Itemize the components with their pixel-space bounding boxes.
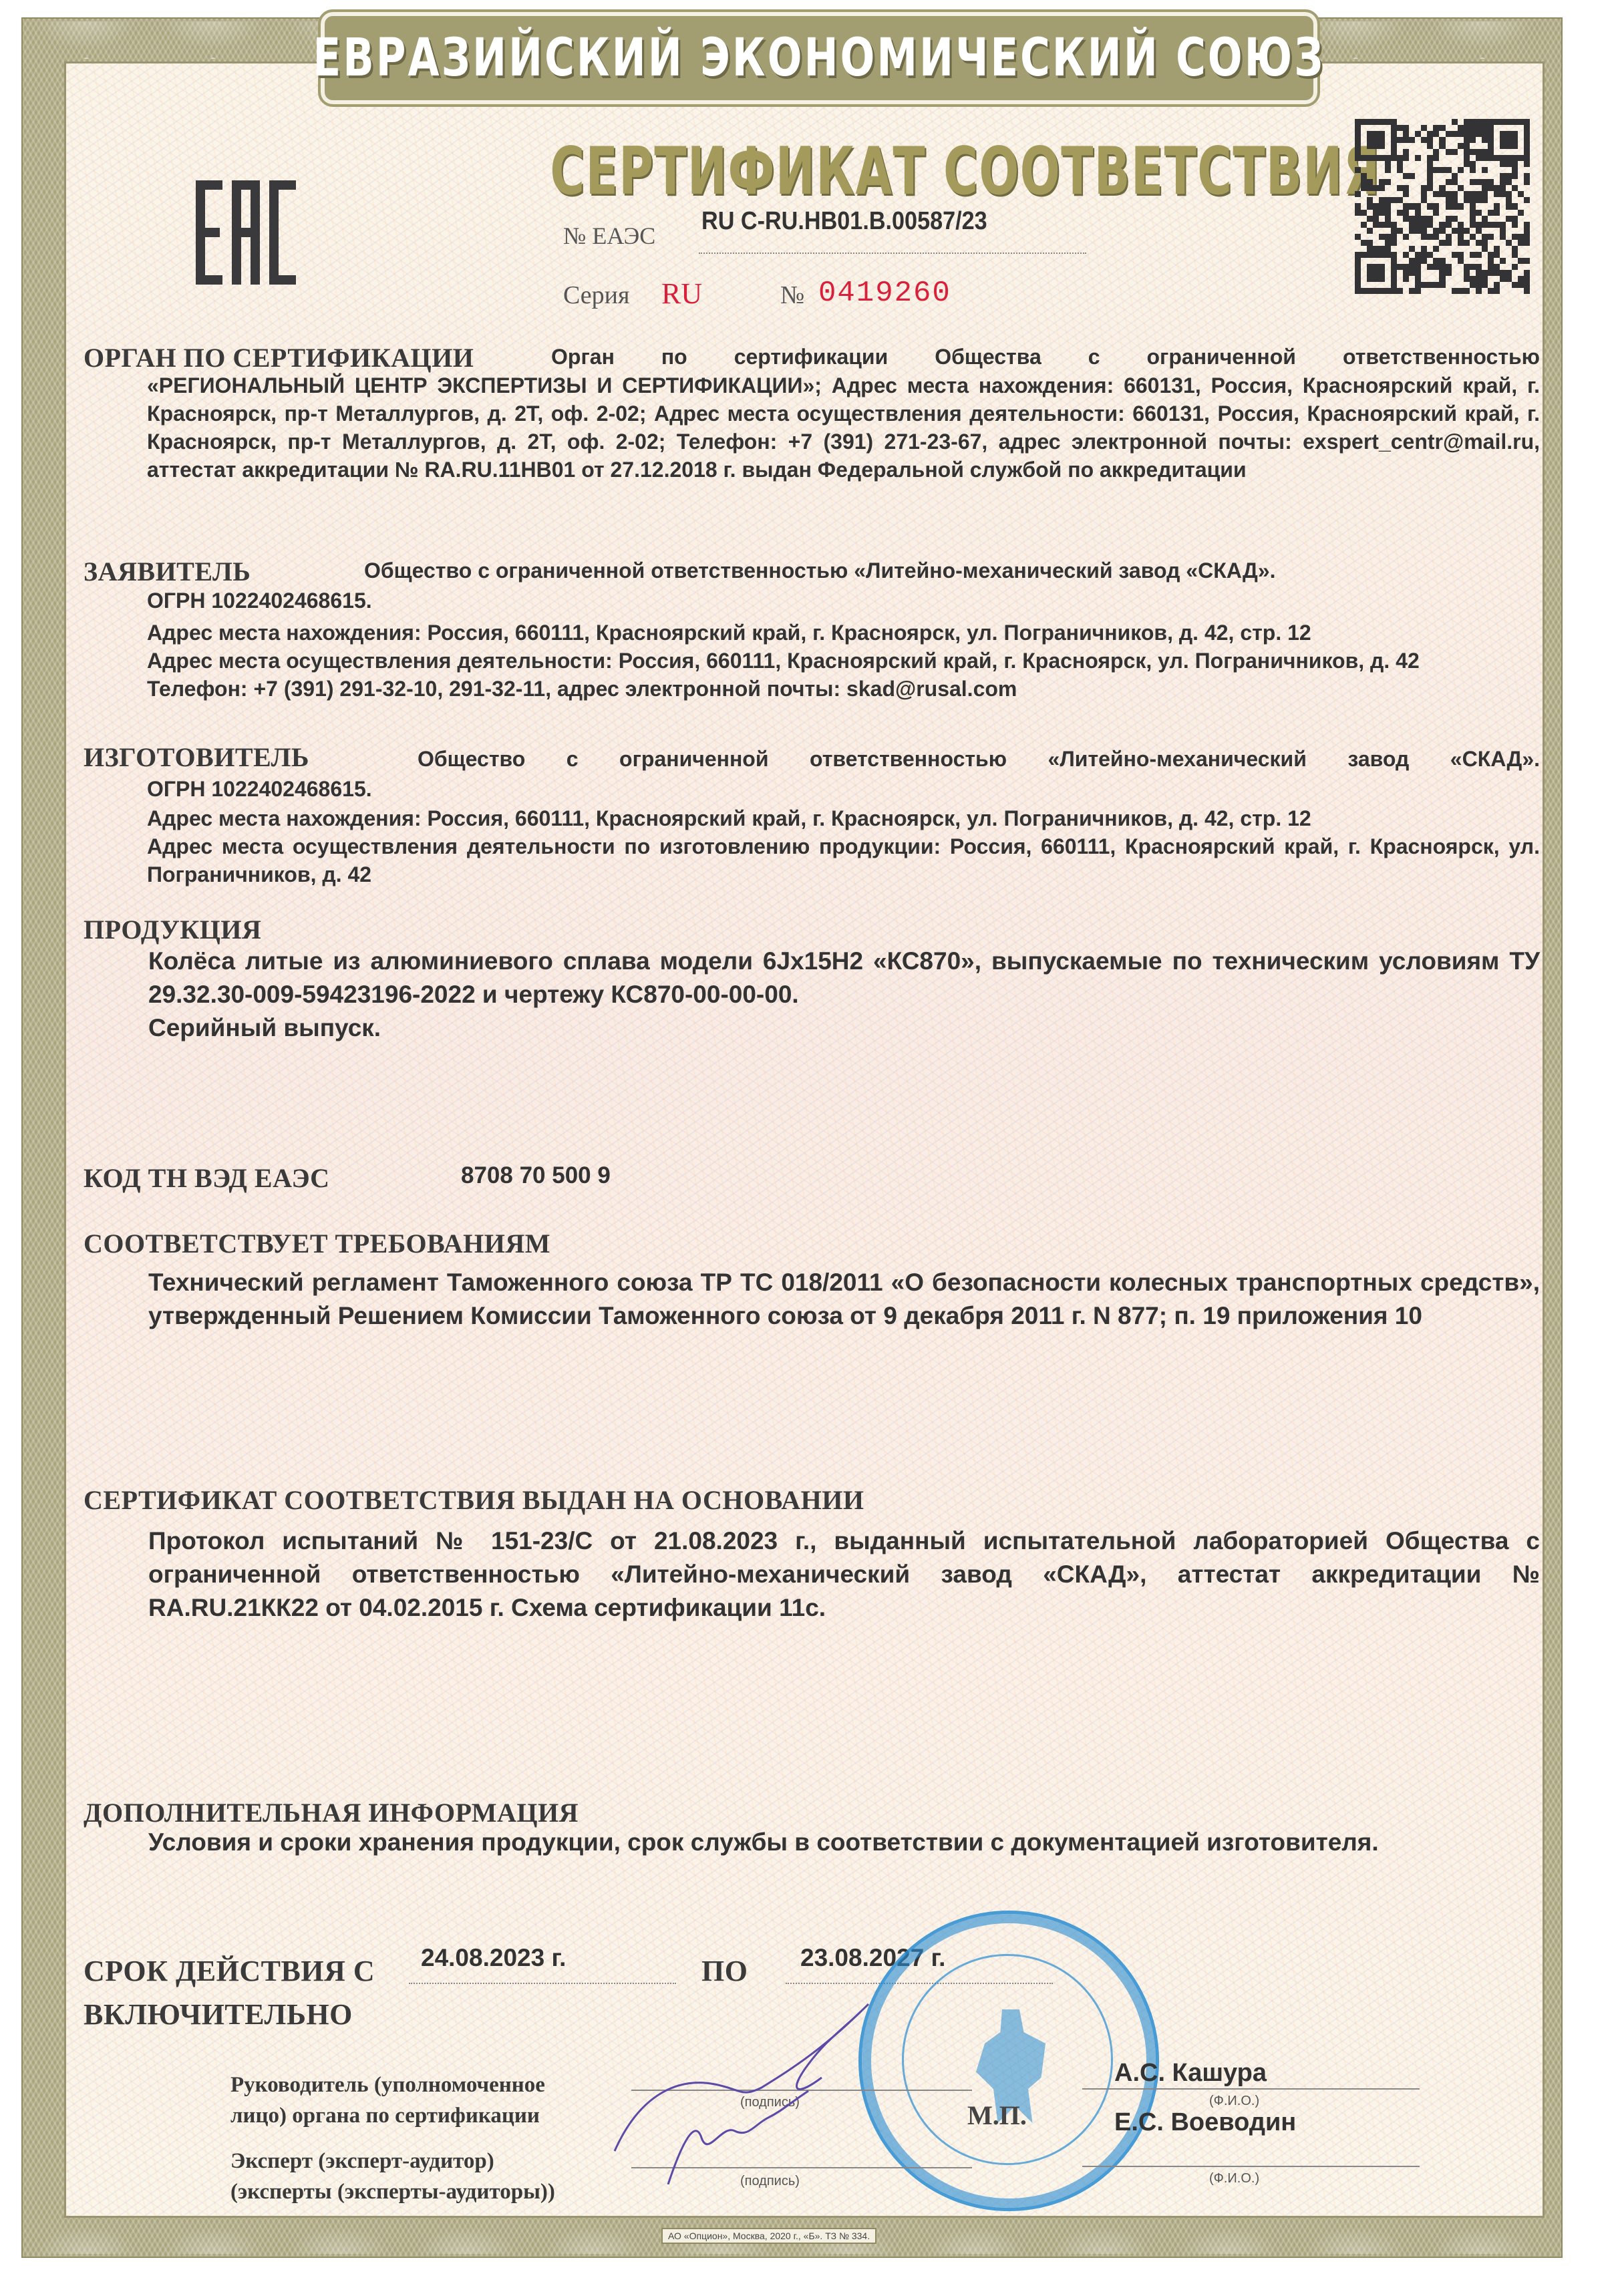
applicant-heading: ЗАЯВИТЕЛЬ [84,556,251,587]
applicant-name: Общество с ограниченной ответственностью… [364,558,1276,583]
applicant-details: ОГРН 1022402468615. Адрес места нахожден… [147,587,1540,703]
eaes-number: RU C-RU.НВ01.В.00587/23 [701,207,987,236]
printer-imprint: АО «Опцион», Москва, 2020 г., «Б». ТЗ № … [661,2228,876,2244]
manufacturer-address: Адрес места нахождения: Россия, 660111, … [147,804,1540,832]
expert-signatory-name: Е.С. Воеводин [1114,2108,1296,2137]
head-signatory-name: А.С. Кашура [1114,2059,1267,2088]
expert-signatory-label-line2: (эксперты (эксперты-аудиторы)) [230,2176,555,2207]
series-label: Серия [563,281,630,310]
eaes-number-underline [699,253,1086,254]
additional-info-text: Условия и сроки хранения продукции, срок… [148,1826,1540,1859]
manufacturer-heading: ИЗГОТОВИТЕЛЬ [84,742,309,773]
validity-from-label: СРОК ДЕЙСТВИЯ С [84,1954,375,1988]
basis-details: Протокол испытаний № 151-23/С от 21.08.2… [148,1524,1540,1625]
expert-signatory-label: Эксперт (эксперт-аудитор) (эксперты (экс… [230,2146,555,2207]
eaes-number-label: № ЕАЭС [563,222,655,250]
manufacturer-production-address: Адрес места осуществления деятельности п… [147,832,1540,888]
applicant-ogrn: ОГРН 1022402468615. [147,587,1540,615]
series-value: RU [661,277,702,311]
certification-body-first-line: Орган по сертификации Общества с огранич… [551,345,1540,369]
hs-code-heading: КОД ТН ВЭД ЕАЭС [84,1162,330,1194]
union-banner: ЕВРАЗИЙСКИЙ ЭКОНОМИЧЕСКИЙ СОЮЗ [318,9,1320,107]
document-title: СЕРТИФИКАТ СООТВЕТСТВИЯ [550,134,1084,210]
requirements-heading: СООТВЕТСТВУЕТ ТРЕБОВАНИЯМ [84,1228,550,1259]
eac-mark-icon-svg [196,180,296,285]
head-signatory-label-line1: Руководитель (уполномоченное [230,2070,545,2100]
qr-code-icon[interactable] [1355,119,1530,294]
basis-text: Протокол испытаний № 151-23/С от 21.08.2… [148,1524,1540,1625]
product-details: Колёса литые из алюминиевого сплава моде… [148,945,1540,1045]
handwritten-signature-icon [588,1971,962,2184]
manufacturer-name: Общество с ограниченной ответственностью… [418,747,1540,772]
product-heading: ПРОДУКЦИЯ [84,914,261,945]
certification-body-text: «РЕГИОНАЛЬНЫЙ ЦЕНТР ЭКСПЕРТИЗЫ И СЕРТИФИ… [147,371,1540,484]
additional-info-details: Условия и сроки хранения продукции, срок… [148,1826,1540,1859]
head-signatory-label-line2: лицо) органа по сертификации [230,2100,545,2131]
stamp-place-mark: М.П. [967,2100,1027,2131]
form-number: 0419260 [818,277,951,310]
certification-body-heading: ОРГАН ПО СЕРТИФИКАЦИИ [84,342,474,373]
applicant-address: Адрес места нахождения: Россия, 660111, … [147,619,1540,647]
additional-info-heading: ДОПОЛНИТЕЛЬНАЯ ИНФОРМАЦИЯ [84,1797,579,1828]
validity-inclusive-label: ВКЛЮЧИТЕЛЬНО [84,1997,353,2031]
form-number-label: № [780,281,804,310]
product-production-type: Серийный выпуск. [148,1011,1540,1045]
expert-signatory-label-line1: Эксперт (эксперт-аудитор) [230,2146,555,2176]
head-name-caption: (Ф.И.О.) [1209,2094,1259,2109]
manufacturer-details: ОГРН 1022402468615. Адрес места нахожден… [147,775,1540,888]
basis-heading: СЕРТИФИКАТ СООТВЕТСТВИЯ ВЫДАН НА ОСНОВАН… [84,1484,864,1516]
head-name-line [1082,2088,1420,2090]
head-signatory-label: Руководитель (уполномоченное лицо) орган… [230,2070,545,2131]
product-description: Колёса литые из алюминиевого сплава моде… [148,945,1540,1011]
validity-from-date: 24.08.2023 г. [421,1944,566,1972]
eac-mark-icon [196,180,296,285]
requirements-text: Технический регламент Таможенного союза … [148,1266,1540,1333]
union-banner-text: ЕВРАЗИЙСКИЙ ЭКОНОМИЧЕСКИЙ СОЮЗ [313,28,1325,88]
expert-name-caption: (Ф.И.О.) [1209,2171,1259,2186]
hs-code-value: 8708 70 500 9 [461,1162,611,1189]
applicant-contacts: Телефон: +7 (391) 291-32-10, 291-32-11, … [147,675,1540,703]
expert-name-line [1082,2166,1420,2167]
manufacturer-ogrn: ОГРН 1022402468615. [147,775,1540,803]
certification-body-details: «РЕГИОНАЛЬНЫЙ ЦЕНТР ЭКСПЕРТИЗЫ И СЕРТИФИ… [147,371,1540,484]
requirements-details: Технический регламент Таможенного союза … [148,1266,1540,1333]
applicant-activity-address: Адрес места осуществления деятельности: … [147,647,1540,675]
